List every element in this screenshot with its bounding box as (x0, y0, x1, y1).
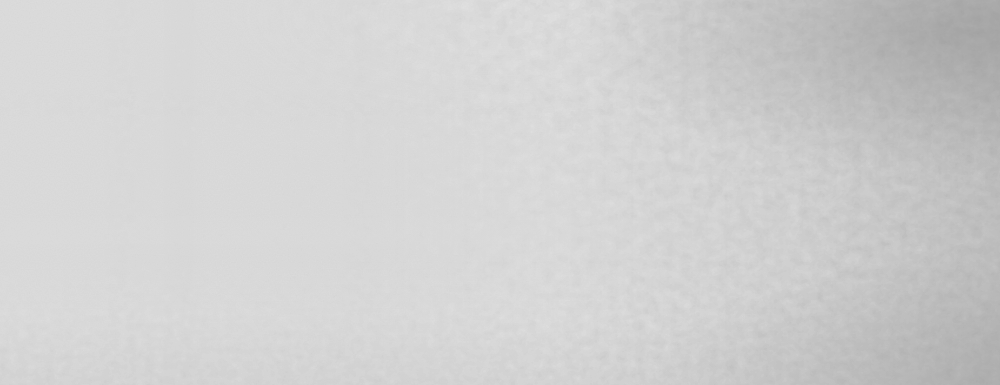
noise-texture-image (0, 0, 1000, 385)
grunge-texture-background (0, 0, 1000, 385)
shade-bottom-layer (0, 0, 1000, 385)
